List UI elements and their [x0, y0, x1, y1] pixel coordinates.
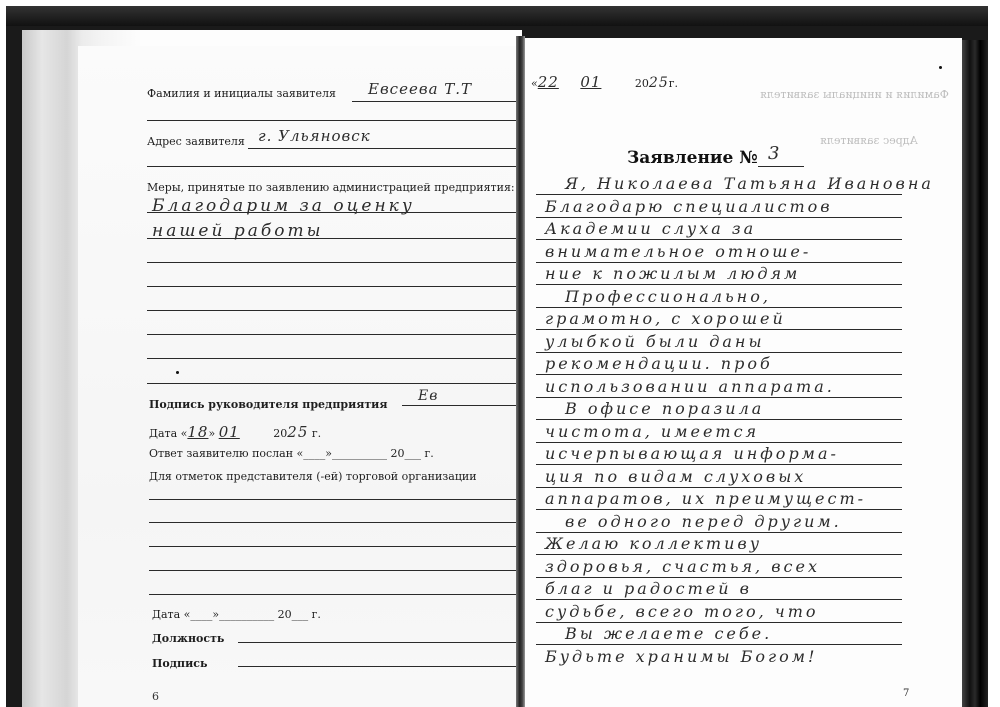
trade-org-label: Для отметок представителя (-ей) торговой…: [149, 470, 477, 483]
statement-text-line: Профессионально,: [565, 287, 771, 306]
statement-line-rule: [536, 599, 902, 600]
date-sep: »: [208, 427, 215, 440]
statement-text-line: Желаю коллективу: [545, 534, 762, 553]
statement-text-line: Вы желаете себе.: [565, 624, 772, 643]
statement-line-rule: [536, 217, 902, 218]
statement-text-line: благ и радостей в: [545, 579, 752, 598]
statement-date-year: 25: [649, 75, 669, 91]
statement-line-rule: [536, 644, 902, 645]
statement-text-line: аппаратов, их преимущест-: [545, 489, 866, 508]
book-spine: [516, 36, 525, 707]
address-label: Адрес заявителя: [147, 135, 245, 148]
statement-text-line: грамотно, с хорошей: [545, 309, 786, 328]
page-number-left: 6: [152, 690, 159, 703]
statement-text-line: использовании аппарата.: [545, 377, 835, 396]
address-value: г. Ульяновск: [258, 127, 371, 145]
measures-text-line-1: Благодарим за оценку: [152, 196, 415, 216]
bleed-through-text: Адрес заявителя: [820, 134, 918, 147]
statement-text-line: рекомендации. проб: [545, 354, 773, 373]
surname-line: [352, 101, 520, 102]
statement-text-line: внимательное отноше-: [545, 242, 811, 261]
statement-line-rule: [536, 284, 902, 285]
statement-number: 3: [768, 143, 780, 164]
statement-line-rule: [536, 532, 902, 533]
date-year-unit: г.: [669, 77, 678, 90]
decision-date-label: Дата «: [149, 427, 187, 440]
surname-label: Фамилия и инициалы заявителя: [147, 87, 336, 100]
statement-line-rule: [536, 239, 902, 240]
statement-text-line: улыбкой были даны: [545, 332, 764, 351]
statement-text-line: Академии слуха за: [545, 219, 756, 238]
measures-line: [147, 286, 520, 287]
book-cover-right-edge: [962, 40, 988, 707]
date-open-quote: «: [531, 77, 538, 90]
statement-text-line: исчерпывающая информа-: [545, 444, 839, 463]
statement-line-rule: [536, 307, 902, 308]
position-label: Должность: [152, 632, 224, 645]
statement-number-line: [758, 166, 804, 167]
surname-value: Евсеева Т.Т: [368, 80, 472, 98]
ink-dot: [939, 66, 942, 69]
signature-line: [238, 666, 520, 667]
trade-org-line: [149, 594, 520, 595]
manager-signature-value: Ев: [418, 388, 438, 404]
statement-title: Заявление №: [627, 148, 758, 168]
trade-org-line: [149, 522, 520, 523]
statement-date-month: 01: [580, 73, 631, 91]
trade-org-line: [149, 546, 520, 547]
measures-label: Меры, принятые по заявлению администраци…: [147, 181, 515, 194]
manager-signature-label: Подпись руководителя предприятия: [149, 398, 387, 411]
statement-text-line: ние к пожилым людям: [545, 264, 800, 283]
decision-date-day: 18: [187, 423, 208, 441]
statement-text-line: чистота, имеется: [545, 422, 759, 441]
ink-dot: [176, 371, 179, 374]
book-cover-edge: [6, 6, 988, 26]
statement-line-rule: [536, 419, 902, 420]
statement-text-line: ция по видам слуховых: [545, 467, 806, 486]
statement-date-day: 22: [538, 73, 577, 91]
measures-line: [147, 334, 520, 335]
statement-date: «22 01 2025г.: [531, 73, 678, 91]
statement-line-rule: [536, 374, 902, 375]
statement-line-rule: [536, 397, 902, 398]
date-year-prefix: 20: [273, 427, 287, 440]
signature-label: Подпись: [152, 657, 207, 670]
statement-line-rule: [536, 554, 902, 555]
statement-line-rule: [536, 509, 902, 510]
statement-line-rule: [536, 442, 902, 443]
bleed-through-text: Фамилия и инициалы заявителя: [760, 88, 949, 101]
decision-date-month: 01: [219, 423, 270, 441]
statement-text-line: Благодарю специалистов: [545, 197, 833, 216]
date-year-prefix: 20: [635, 77, 649, 90]
measures-line: [147, 383, 520, 384]
date2-label: Дата «____»__________ 20___ г.: [152, 608, 321, 621]
position-line: [238, 642, 520, 643]
form-line: [147, 120, 520, 121]
measures-text-line-2: нашей работы: [152, 221, 323, 241]
statement-line-rule: [536, 622, 902, 623]
reply-sent-label: Ответ заявителю послан «____»__________ …: [149, 447, 434, 460]
decision-date: Дата «18» 01 2025 г.: [149, 423, 321, 441]
statement-text-line: судьбе, всего того, что: [545, 602, 819, 621]
statement-text-line: ве одного перед другим.: [565, 512, 842, 531]
statement-line-rule: [536, 352, 902, 353]
statement-text-line: здоровья, счастья, всех: [545, 557, 820, 576]
manager-signature-line: [402, 405, 520, 406]
measures-line: [147, 358, 520, 359]
date-year-unit: г.: [312, 427, 321, 440]
measures-line: [147, 262, 520, 263]
address-line: [248, 148, 520, 149]
statement-line-rule: [536, 194, 902, 195]
trade-org-line: [149, 499, 520, 500]
statement-line-rule: [536, 464, 902, 465]
statement-line-rule: [536, 329, 902, 330]
statement-text-line: В офисе поразила: [565, 399, 764, 418]
page-number-right: 7: [903, 688, 909, 699]
statement-line-rule: [536, 487, 902, 488]
statement-text-line: Будьте хранимы Богом!: [545, 647, 817, 666]
decision-date-year: 25: [287, 423, 308, 441]
statement-text-line: Я, Николаева Татьяна Ивановна: [565, 174, 934, 193]
statement-line-rule: [536, 577, 902, 578]
statement-line-rule: [536, 262, 902, 263]
form-line: [147, 166, 520, 167]
measures-line: [147, 310, 520, 311]
trade-org-line: [149, 570, 520, 571]
